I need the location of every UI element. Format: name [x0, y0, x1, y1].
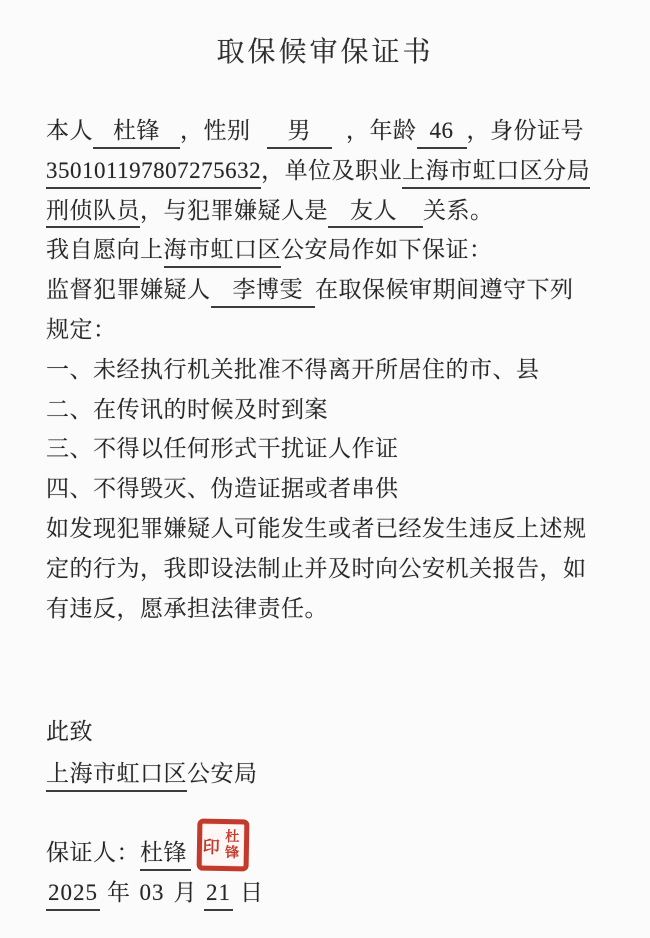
seal-char-surname: 杜: [225, 829, 239, 845]
form-line-occupation-relation: 刑侦队员，与犯罪嫌疑人是友人关系。: [46, 192, 624, 232]
form-line-pledge-intro: 我自愿向上海市虹口区公安局作如下保证：: [46, 231, 624, 271]
label-employer: ，单位及职业: [261, 158, 402, 184]
closing-authority-underlined: 上海市虹口区: [46, 760, 187, 792]
authority-fill-field: 海市虹口区: [164, 236, 282, 268]
date-month-field: 03: [138, 880, 167, 905]
id-number-field: 350101197807275632: [46, 157, 261, 189]
guarantor-label: 保证人：: [46, 840, 140, 866]
pledge-line-3: 有违反，愿承担法律责任。: [46, 590, 624, 630]
name-seal: 印 杜 锋: [197, 819, 250, 872]
pledge-intro-pre: 我自愿向上: [46, 237, 164, 263]
guarantor-signature-name: 杜锋: [140, 839, 191, 871]
rule-item-2: 二、在传讯的时候及时到案: [46, 391, 624, 431]
occupation-field: 刑侦队员: [46, 197, 140, 229]
rule-item-3: 三、不得以任何形式干扰证人作证: [46, 430, 624, 470]
form-line-rules-label: 规定：: [46, 311, 624, 351]
date-year-field: 2025: [46, 879, 100, 911]
employer-field: 上海市虹口区分局: [402, 157, 590, 189]
label-self: 本人: [46, 118, 93, 144]
closing-salute: 此致: [46, 711, 258, 753]
label-age: ，年龄: [346, 118, 417, 144]
relation-field: 友人: [328, 197, 423, 229]
closing-block: 此致 上海市虹口区公安局: [46, 711, 258, 795]
pledge-intro-post: 公安局作如下保证：: [281, 237, 493, 263]
suspect-label-post: 在取保候审期间遵守下列: [315, 277, 574, 303]
suspect-label: 监督犯罪嫌疑人: [46, 277, 211, 303]
document-title: 取保候审保证书: [0, 30, 650, 70]
pledge-line-1: 如发现犯罪嫌疑人可能发生或者已经发生违反上述规: [46, 510, 624, 550]
label-relation: ，与犯罪嫌疑人是: [140, 198, 328, 224]
seal-char-givenname: 锋: [225, 845, 239, 861]
label-id: ，身份证号: [467, 118, 585, 144]
seal-char-yin: 印: [202, 824, 221, 866]
age-field: 46: [417, 117, 467, 149]
document-body: 本人杜锋，性别男，年龄46，身份证号 350101197807275632，单位…: [46, 112, 624, 629]
closing-authority: 上海市虹口区公安局: [46, 753, 258, 795]
suspect-name-field: 李博雯: [211, 276, 316, 308]
document-page: 取保候审保证书 本人杜锋，性别男，年龄46，身份证号 3501011978072…: [0, 0, 650, 938]
label-relation-end: 关系。: [423, 198, 494, 224]
date-day-unit: 日: [240, 880, 264, 906]
label-gender: ，性别: [180, 118, 251, 144]
rule-item-4: 四、不得毁灭、伪造证据或者串供: [46, 470, 624, 510]
form-line-personal-info: 本人杜锋，性别男，年龄46，身份证号: [46, 112, 624, 152]
guarantor-signature-line: 保证人：杜锋: [46, 833, 191, 873]
gender-field: 男: [267, 117, 333, 149]
seal-name-column: 杜 锋: [220, 824, 244, 866]
rule-item-1: 一、未经执行机关批准不得离开所居住的市、县: [46, 351, 624, 391]
date-line: 2025年03月21日: [46, 873, 271, 913]
form-line-suspect: 监督犯罪嫌疑人李博雯在取保候审期间遵守下列: [46, 271, 624, 311]
date-day-field: 21: [204, 879, 233, 911]
guarantor-name-field: 杜锋: [93, 117, 180, 149]
date-year-unit: 年: [107, 880, 131, 906]
form-line-id-employer: 350101197807275632，单位及职业上海市虹口区分局: [46, 152, 624, 192]
pledge-line-2: 定的行为，我即设法制止并及时向公安机关报告，如: [46, 550, 624, 590]
date-month-unit: 月: [174, 880, 198, 906]
closing-authority-rest: 公安局: [187, 761, 258, 787]
